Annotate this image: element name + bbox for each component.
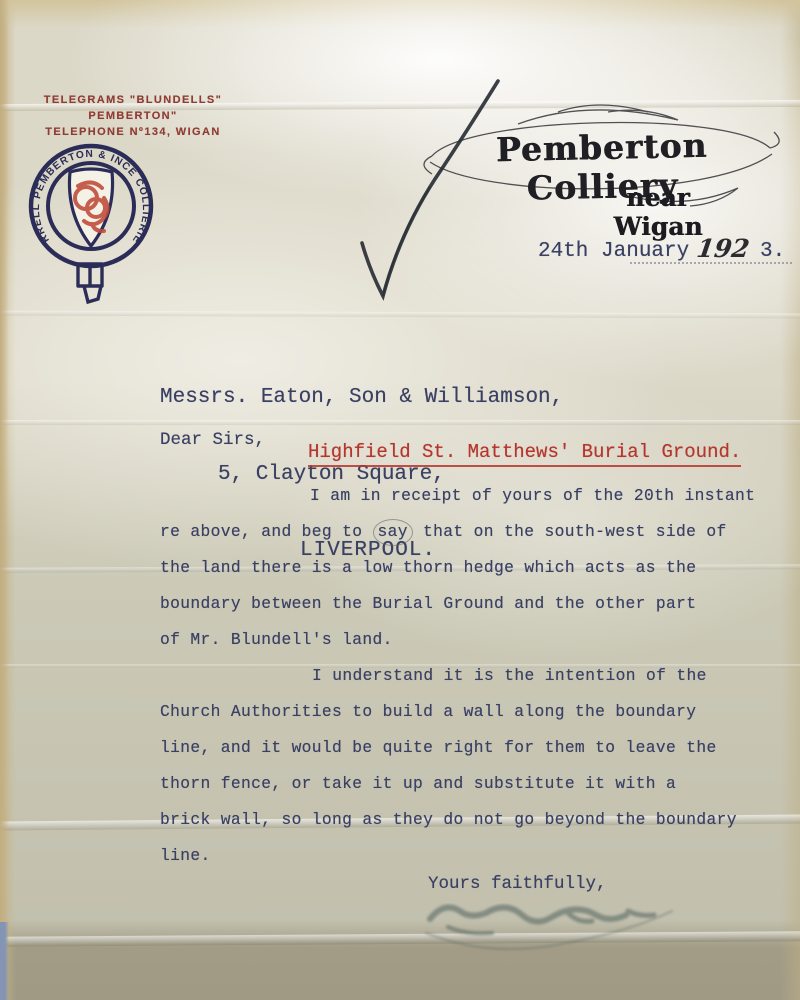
handwritten-checkmark	[340, 75, 520, 310]
telephone-line: TELEPHONE Nº134, WIGAN	[24, 124, 242, 140]
body-line: thorn fence, or take it up and substitut…	[160, 774, 676, 793]
faded-signature	[418, 893, 688, 955]
crest-buckle	[78, 264, 102, 302]
body-text: re above, and beg to	[160, 522, 373, 541]
date-year-written: 3.	[760, 240, 785, 263]
closing-valediction: Yours faithfully,	[428, 874, 607, 894]
body-line: the land there is a low thorn hedge whic…	[160, 558, 696, 577]
body-line: re above, and beg to say that on the sou…	[160, 522, 727, 541]
body-line: I understand it is the intention of the	[312, 666, 707, 685]
photo-background-corner	[0, 922, 9, 1000]
paper-left-edge	[0, 0, 9, 1000]
subject-heading: Highfield St. Matthews' Burial Ground.	[308, 441, 741, 467]
letter-photo: { "letterhead": { "telegrams": "TELEGRAM…	[0, 0, 800, 1000]
body-line: boundary between the Burial Ground and t…	[160, 594, 696, 613]
date-year-printed: 192	[695, 234, 751, 263]
aged-paper-background: TELEGRAMS "BLUNDELLS" PEMBERTON" TELEPHO…	[0, 0, 800, 1000]
body-line: of Mr. Blundell's land.	[160, 630, 393, 649]
body-line: line, and it would be quite right for th…	[160, 738, 717, 757]
date-typed: 24th January	[538, 240, 689, 263]
recipient-name: Messrs. Eaton, Son & Williamson,	[160, 385, 563, 411]
body-line: I am in receipt of yours of the 20th ins…	[310, 486, 755, 505]
pencil-circled-word: say	[373, 519, 413, 546]
letterhead-contact-block: TELEGRAMS "BLUNDELLS" PEMBERTON" TELEPHO…	[24, 92, 242, 140]
telegrams-line: TELEGRAMS "BLUNDELLS" PEMBERTON"	[24, 92, 242, 124]
paper-crease	[0, 311, 800, 319]
body-text: that on the south-west side of	[413, 522, 727, 541]
salutation: Dear Sirs,	[160, 430, 265, 450]
company-location: near Wigan	[578, 183, 738, 241]
company-crest-seal: ORRELL PEMBERTON & INCE COLLIERIES	[22, 140, 162, 308]
body-line: Church Authorities to build a wall along…	[160, 702, 696, 721]
body-line: line.	[160, 846, 211, 865]
body-line: brick wall, so long as they do not go be…	[160, 810, 737, 829]
